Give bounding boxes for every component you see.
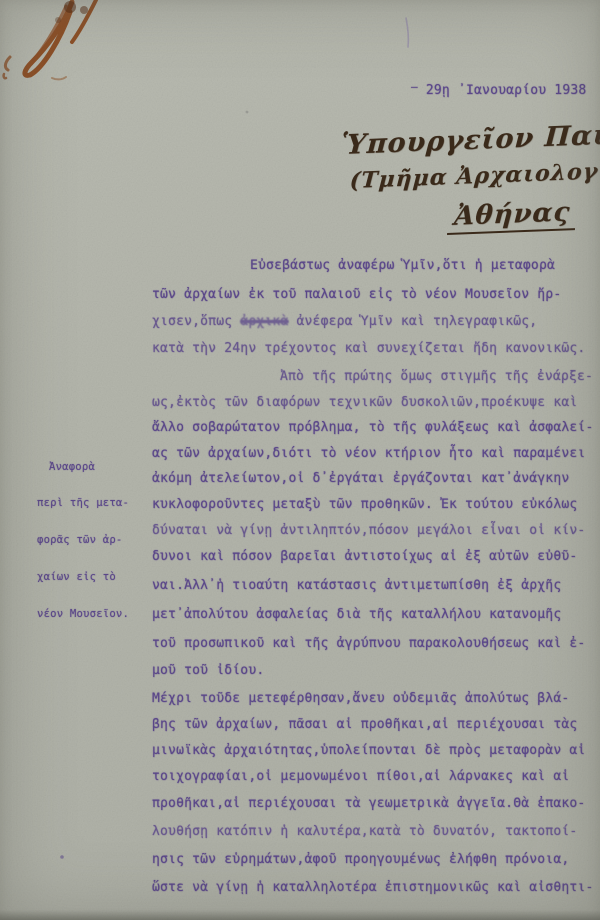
- document-page: – 29ῃ ᾿Ιανουαρίου 1938 Ὑπουργεῖον Παιδεί…: [0, 0, 600, 920]
- body-line: δύναται νὰ γίνῃ ἀντιληπτόν,πόσον μεγάλοι…: [152, 523, 585, 538]
- body-line: προθῆκαι,αἱ περιέχουσαι τὰ γεωμετρικὰ ἀγ…: [152, 796, 585, 811]
- body-line-part: ἀνέφερα Ὑμῖν καὶ τηλεγραφικῶς,: [288, 314, 537, 329]
- body-line: Ἀπὸ τῆς πρώτης ὅμως στιγμῆς τῆς ἐνάρξε-: [280, 369, 593, 384]
- body-line: Εὐσεβάστως ἀναφέρω Ὑμῖν,ὅτι ἡ μεταφορὰ: [250, 258, 555, 273]
- body-line: δυνοι καὶ πόσον βαρεῖαι ἀντιστοίχως αἱ ἐ…: [152, 549, 577, 564]
- body-line: μινωϊκὰς ἀρχαιότητας,ὑπολείπονται δὲ πρὸ…: [152, 743, 585, 758]
- handwritten-recipient-ministry: Ὑπουργεῖον Παιδείας: [340, 116, 600, 161]
- body-line: ἄλλο σοβαρώτατον πρόβλημα, τὸ τῆς φυλάξε…: [152, 420, 593, 435]
- body-line: ως,ἐκτὸς τῶν διαφόρων τεχνικῶν δυσκολιῶν…: [152, 395, 577, 410]
- body-line: βης τῶν ἀρχαίων, πᾶσαι αἱ προθῆκαι,αἱ πε…: [152, 717, 577, 732]
- body-line: μετ᾽ἀπολύτου ἀσφαλείας διὰ τῆς καταλλήλο…: [152, 607, 561, 622]
- body-line: κυκλοφοροῦντες μεταξὺ τῶν προθηκῶν. Ἐκ τ…: [152, 497, 577, 512]
- date-text: 29ῃ ᾿Ιανουαρίου 1938: [426, 83, 587, 98]
- margin-note-line: φορᾶς τῶν ἀρ-: [37, 534, 129, 546]
- body-line: Μέχρι τοῦδε μετεφέρθησαν,ἄνευ οὐδεμιᾶς ἀ…: [152, 691, 569, 706]
- body-line: ναι.Ἀλλ᾽ἡ τιοαύτη κατάστασις ἀντιμετωπίσ…: [152, 578, 561, 593]
- date-line: – 29ῃ ᾿Ιανουαρίου 1938: [411, 80, 586, 98]
- body-line-part: χισεν,ὅπως: [152, 314, 240, 329]
- body-line: κατὰ τὴν 24ην τρέχοντος καὶ συνεχίζεται …: [152, 341, 585, 356]
- body-line: μοῦ τοῦ ἰδίου.: [152, 663, 264, 678]
- margin-note: Ἀναφορὰ περὶ τῆς μετα- φορᾶς τῶν ἀρ- χαί…: [37, 436, 129, 645]
- body-line: ησις τῶν εὑρημάτων,ἀφοῦ προηγουμένως ἐλή…: [152, 852, 569, 867]
- date-dash-mark: –: [411, 80, 418, 93]
- handwritten-recipient-department: (Τμῆμα Ἀρχαιολογίας): [349, 156, 600, 194]
- margin-note-line: χαίων εἰς τὸ: [37, 571, 129, 583]
- body-line: ας τῶν ἀρχαίων,διότι τὸ νέον κτήριον ἦτο…: [152, 446, 585, 461]
- body-line: ἀκόμη ἀτελείωτον,οἱ δ᾽ἐργάται ἐργάζονται…: [152, 471, 569, 486]
- handwritten-recipient-city: Ἀθήνας: [447, 197, 577, 235]
- margin-note-line: περὶ τῆς μετα-: [37, 497, 129, 509]
- struck-out-word: ἀρχικὰ: [240, 314, 288, 329]
- margin-note-line: νέον Μουσεῖον.: [37, 608, 129, 620]
- body-line: χισεν,ὅπως ἀρχικὰ ἀνέφερα Ὑμῖν καὶ τηλεγ…: [152, 314, 537, 329]
- body-line: τοιχογραφίαι,οἱ μεμονωμένοι πίθοι,αἱ λάρ…: [152, 769, 569, 784]
- body-line: λουθήσῃ κατόπιν ἡ καλυτέρα,κατὰ τὸ δυνατ…: [152, 824, 577, 839]
- body-line: ὥστε νὰ γίνῃ ἡ καταλληλοτέρα ἐπιστημονικ…: [152, 880, 593, 895]
- body-line: τοῦ προσωπικοῦ καὶ τῆς ἀγρύπνου παρακολο…: [152, 636, 585, 651]
- body-line: τῶν ἀρχαίων ἐκ τοῦ παλαιοῦ εἰς τὸ νέον Μ…: [152, 287, 561, 302]
- margin-note-line: Ἀναφορὰ: [37, 461, 129, 473]
